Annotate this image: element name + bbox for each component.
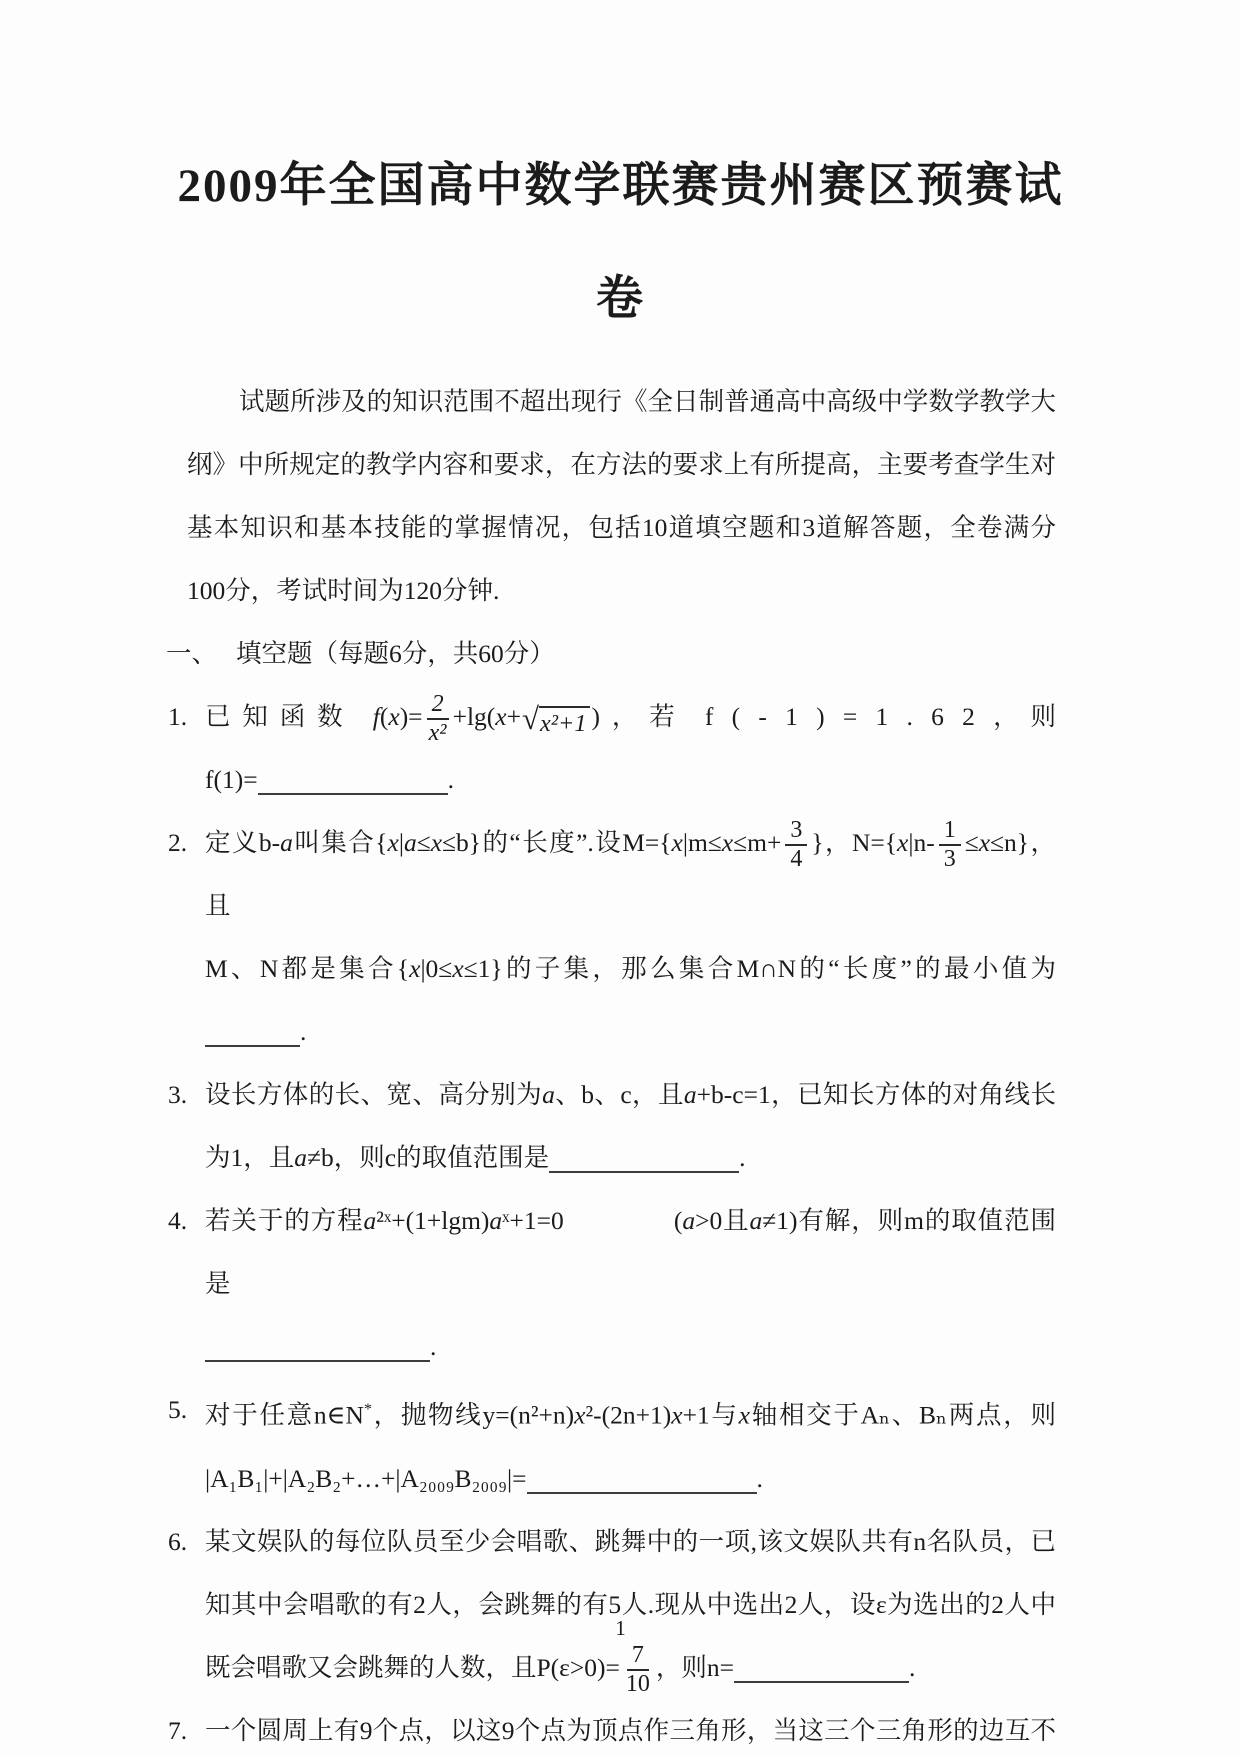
text-run: |m≤ [683, 828, 722, 857]
radical-expression: √x²+1 [522, 706, 590, 738]
text-run: +1与 [683, 1401, 739, 1430]
question-line: 已知函数 f(x)=2x²+lg(x+√x²+1)，若 f ( - 1 ) = … [205, 685, 1056, 748]
answer-blank [549, 1147, 739, 1173]
fraction-numerator: 7 [627, 1642, 649, 1671]
math-variable: a [489, 1206, 502, 1235]
question-line: . [205, 1315, 1056, 1378]
question-item: 3.设长方体的长、宽、高分别为a、b、c，且a+b-c=1，已知长方体的对角线长… [166, 1063, 1056, 1189]
text-run: 轴相交于Aₙ、Bₙ两点，则 [750, 1401, 1056, 1430]
fraction-numerator: 3 [785, 817, 807, 846]
text-run: . [739, 1143, 745, 1172]
math-variable: a [682, 1206, 695, 1235]
text-run: 一个圆周上有9个点，以这9个点为顶点作三角形，当这三个三角形的边互不 [205, 1716, 1056, 1745]
text-run: }，N={ [811, 828, 897, 857]
math-variable: x [388, 828, 399, 857]
intro-line: 试题所涉及的知识范围不超出现行《全日制普通高中高级中学数学教学大 [187, 370, 1056, 433]
text-run: 设长方体的长、宽、高分别为 [205, 1080, 542, 1109]
text-run: . [448, 765, 454, 794]
text-run: ≤ [965, 828, 979, 857]
document-body: 试题所涉及的知识范围不超出现行《全日制普通高中高级中学数学教学大纲》中所规定的教… [166, 370, 1056, 1754]
math-variable: x [409, 954, 420, 983]
math-variable: f [373, 702, 380, 731]
text-run: ≤m+ [733, 828, 781, 857]
fraction-numerator: 2 [427, 691, 449, 720]
math-variable: x [672, 828, 683, 857]
fraction-denominator: 4 [788, 846, 804, 873]
question-line: . [205, 1000, 1056, 1063]
question-item: 2.定义b-a叫集合{x|a≤x≤b}的“长度”.设M={x|m≤x≤m+34}… [166, 811, 1056, 1063]
question-line: 设长方体的长、宽、高分别为a、b、c，且a+b-c=1，已知长方体的对角线长 [205, 1063, 1056, 1126]
answer-blank [205, 1336, 430, 1362]
section-label: 一、 [166, 639, 217, 668]
math-variable: a [542, 1080, 555, 1109]
question-item: 4.若关于的方程a²ˣ+(1+lgm)aˣ+1=0(a>0且a≠1)有解，则m的… [166, 1189, 1056, 1378]
question-number: 7. [168, 1699, 187, 1754]
text-run: . [757, 1464, 763, 1493]
text-run: ≤b}的“长度”.设M={ [442, 828, 672, 857]
fraction: 34 [785, 817, 807, 873]
text-run: 为1，且 [205, 1143, 294, 1172]
text-run: ≤1}的子集，那么集合M∩N的“长度”的最小值为 [464, 954, 1056, 983]
math-variable: x [979, 828, 990, 857]
fraction: 710 [624, 1642, 652, 1698]
question-line: |A₁B₁|+|A₂B₂+…+|A₂₀₀₉B₂₀₀₉|=. [205, 1447, 1056, 1510]
question-number: 2. [168, 811, 187, 874]
math-variable: x [722, 828, 733, 857]
text-run: 已知函数 [205, 702, 373, 731]
math-variable: x [431, 828, 442, 857]
text-run: . [430, 1332, 436, 1361]
question-line: 若关于的方程a²ˣ+(1+lgm)aˣ+1=0(a>0且a≠1)有解，则m的取值… [205, 1189, 1056, 1315]
page-number: 1 [0, 1616, 1241, 1641]
document-title: 2009年全国高中数学联赛贵州赛区预赛试 卷 [0, 0, 1241, 356]
intro-line: 纲》中所规定的教学内容和要求，在方法的要求上有所提高，主要考查学生对 [187, 433, 1056, 496]
title-line-2: 卷 [0, 243, 1241, 356]
math-variable: x [388, 702, 399, 731]
answer-blank [734, 1657, 909, 1683]
question-line: 定义b-a叫集合{x|a≤x≤b}的“长度”.设M={x|m≤x≤m+34}，N… [205, 811, 1056, 937]
math-variable: a [294, 1143, 307, 1172]
section-title: 填空题（每题6分，共60分） [236, 639, 555, 668]
title-line-1: 2009年全国高中数学联赛贵州赛区预赛试 [0, 130, 1241, 243]
text-run: )，若 f ( - 1 ) = 1 . 6 2 ，则 [591, 702, 1056, 731]
math-variable: x [671, 1401, 682, 1430]
superscript: * [364, 1401, 372, 1418]
answer-blank [258, 769, 448, 795]
text-run: ≤ [417, 828, 431, 857]
text-run: . [909, 1653, 915, 1682]
text-run: f(1)= [205, 765, 258, 794]
text-run: M、N都是集合{ [205, 954, 409, 983]
text-run: +b-c=1，已知长方体的对角线长 [697, 1080, 1056, 1109]
text-run: 某文娱队的每位队员至少会唱歌、跳舞中的一项,该文娱队共有n名队员，已 [205, 1527, 1056, 1556]
text-run: . [300, 1017, 306, 1046]
text-run: ²-(2n+1) [585, 1401, 671, 1430]
text-run: ，抛物线y=(n²+n) [372, 1401, 574, 1430]
fraction: 13 [939, 817, 961, 873]
math-variable: a [750, 1206, 763, 1235]
question-line: 对于任意n∈N*，抛物线y=(n²+n)x²-(2n+1)x+1与x轴相交于Aₙ… [205, 1378, 1056, 1447]
text-run: 基本知识和基本技能的掌握情况，包括10道填空题和3道解答题，全卷满分 [187, 513, 1056, 542]
question-item: 6.某文娱队的每位队员至少会唱歌、跳舞中的一项,该文娱队共有n名队员，已知其中会… [166, 1510, 1056, 1699]
math-variable: x [897, 828, 908, 857]
question-line: f(1)=. [205, 748, 1056, 811]
fraction-denominator: 3 [942, 846, 958, 873]
question-line: 某文娱队的每位队员至少会唱歌、跳舞中的一项,该文娱队共有n名队员，已 [205, 1510, 1056, 1573]
math-variable: a [280, 828, 293, 857]
question-number: 3. [168, 1063, 187, 1126]
math-variable: x [452, 954, 463, 983]
text-run: + [507, 702, 521, 731]
text-run: |n- [908, 828, 934, 857]
text-run: >0且 [695, 1206, 749, 1235]
math-variable: a [404, 828, 417, 857]
document-page: 2009年全国高中数学联赛贵州赛区预赛试 卷 试题所涉及的知识范围不超出现行《全… [0, 0, 1241, 1754]
text-run: )= [400, 702, 423, 731]
text-run: 、b、c，且 [555, 1080, 684, 1109]
question-item: 5.对于任意n∈N*，抛物线y=(n²+n)x²-(2n+1)x+1与x轴相交于… [166, 1378, 1056, 1510]
intro-line: 100分，考试时间为120分钟. [187, 559, 1056, 622]
answer-blank [205, 1021, 300, 1047]
question-line: 既会唱歌又会跳舞的人数，且P(ε>0)=710，则n=. [205, 1636, 1056, 1699]
question-line: 一个圆周上有9个点，以这9个点为顶点作三角形，当这三个三角形的边互不 [205, 1699, 1056, 1754]
fraction-denominator: 10 [624, 1671, 652, 1698]
intro-line: 基本知识和基本技能的掌握情况，包括10道填空题和3道解答题，全卷满分 [187, 496, 1056, 559]
text-run: 既会唱歌又会跳舞的人数，且P(ε>0)= [205, 1653, 620, 1682]
fraction: 2x² [427, 691, 449, 747]
text-run: 若关于的方程 [205, 1206, 363, 1235]
text-run: 对于任意n∈N [205, 1401, 364, 1430]
text-run: +lg( [453, 702, 496, 731]
intro-paragraph: 试题所涉及的知识范围不超出现行《全日制普通高中高级中学数学教学大纲》中所规定的教… [187, 370, 1056, 622]
fraction-numerator: 1 [939, 817, 961, 846]
question-number: 5. [168, 1378, 187, 1441]
text-run: ²ˣ+(1+lgm) [376, 1206, 489, 1235]
text-run: 叫集合{ [293, 828, 388, 857]
question-line: M、N都是集合{x|0≤x≤1}的子集，那么集合M∩N的“长度”的最小值为 [205, 937, 1056, 1000]
text-run: 试题所涉及的知识范围不超出现行《全日制普通高中高级中学数学教学大 [239, 387, 1056, 416]
text-run: ，则n= [656, 1653, 734, 1682]
answer-blank [527, 1468, 757, 1494]
section-heading: 一、填空题（每题6分，共60分） [166, 622, 1056, 685]
radical-sign: √ [522, 703, 539, 734]
text-run: 纲》中所规定的教学内容和要求，在方法的要求上有所提高，主要考查学生对 [187, 450, 1056, 479]
math-variable: a [363, 1206, 376, 1235]
math-variable: x [739, 1401, 750, 1430]
math-variable: a [684, 1080, 697, 1109]
question-number: 6. [168, 1510, 187, 1573]
question-line: 为1，且a≠b，则c的取值范围是. [205, 1126, 1056, 1189]
text-run: |A₁B₁|+|A₂B₂+…+|A₂₀₀₉B₂₀₀₉|= [205, 1464, 527, 1493]
text-run: 知其中会唱歌的有2人，会跳舞的有5人.现从中选出2人，设ε为选出的2人中 [205, 1590, 1056, 1619]
questions-list: 1.已知函数 f(x)=2x²+lg(x+√x²+1)，若 f ( - 1 ) … [166, 685, 1056, 1754]
math-variable: x [495, 702, 506, 731]
text-run: ˣ+1=0 [502, 1206, 564, 1235]
question-number: 1. [168, 685, 187, 748]
question-number: 4. [168, 1189, 187, 1252]
text-run: ≠b，则c的取值范围是 [307, 1143, 549, 1172]
text-run: 100分，考试时间为120分钟. [187, 576, 499, 605]
radicand: x²+1 [539, 706, 590, 738]
math-variable: x [574, 1401, 585, 1430]
question-item: 7.一个圆周上有9个点，以这9个点为顶点作三角形，当这三个三角形的边互不 [166, 1699, 1056, 1754]
question-item: 1.已知函数 f(x)=2x²+lg(x+√x²+1)，若 f ( - 1 ) … [166, 685, 1056, 811]
text-run: 定义b- [205, 828, 280, 857]
fraction-denominator: x² [427, 720, 449, 747]
text-run: |0≤ [420, 954, 452, 983]
